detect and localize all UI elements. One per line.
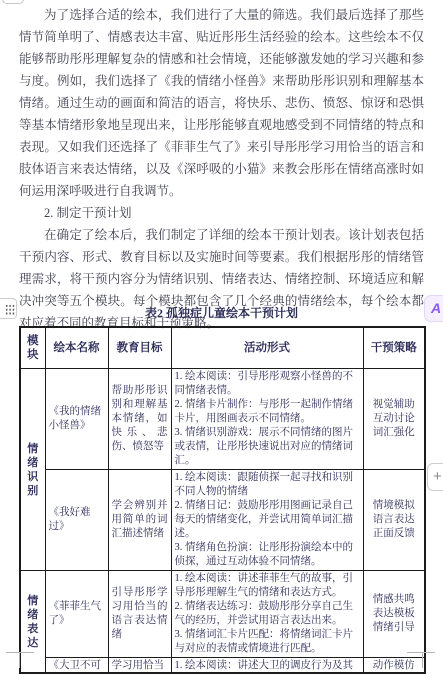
body-text: 为了选择合适的绘本，我们进行了大量的筛选。我们最后选择了那些情节简单明了、情感表… [19,4,424,334]
intervention-plan-table: 模块 绘本名称 教育目标 活动形式 干预策略 情绪识别 《我的情绪小怪兽》 帮助… [19,326,426,674]
strategy-cell: 动作模仿 [363,658,425,674]
table-row: 《我好难过》 学会辨别并用简单的词汇描述情绪 1. 绘本阅读：跟随侦探一起寻找和… [20,470,425,571]
add-button[interactable]: + [427,463,443,491]
goal-cell: 引导彤彤学习用恰当的语言表达情绪 [108,571,171,658]
strategy-cell: 视觉辅助 互动讨论 词汇强化 [363,369,425,470]
header-book-name: 绘本名称 [45,327,108,369]
book-cell: 《我的情绪小怪兽》 [45,369,108,470]
goal-cell: 帮助彤彤识别和理解基本情绪，如快乐、悲伤、愤怒等 [108,369,171,470]
activities-cell: 1. 绘本阅读：讲述菲菲生气的故事，引导彤彤理解生气的情绪和表达方式。 2. 情… [171,571,363,658]
text-boundary-mark-right-vertical [422,652,423,668]
header-activity-form: 活动形式 [171,327,363,369]
module-cell-emotion-expression: 情绪表达 [20,571,45,674]
paragraph-heading-plan: 2. 制定干预计划 [19,202,424,224]
goal-cell: 学会辨别并用简单的词汇描述情绪 [108,470,171,571]
book-cell: 《我好难过》 [45,470,108,571]
text-boundary-mark-left [6,652,34,653]
grid-icon [5,304,15,315]
activities-cell: 1. 绘本阅读：引导彤彤观察小怪兽的不同情绪表情。 2. 情绪卡片制作：与彤彤一… [171,369,363,470]
goal-cell: 学习用恰当 [108,658,171,674]
table-row: 情绪识别 《我的情绪小怪兽》 帮助彤彤识别和理解基本情绪，如快乐、悲伤、愤怒等 … [20,369,425,470]
table-caption: 表2 孤独症儿童绘本干预计划 [0,304,443,321]
activities-cell: 1. 绘本阅读：讲述大卫的调皮行为及其 [171,658,363,674]
document-page: 为了选择合适的绘本，我们进行了大量的筛选。我们最后选择了那些情节简单明了、情感表… [0,0,443,679]
text-boundary-mark-left-vertical [19,652,20,668]
strategy-cell: 情感共鸣 表达模板 情绪引导 [363,571,425,658]
ai-assistant-button[interactable]: A [424,295,443,322]
strategy-cell: 情境模拟 语言表达 正面反馈 [363,470,425,571]
paragraph-book-selection: 为了选择合适的绘本，我们进行了大量的筛选。我们最后选择了那些情节简单明了、情感表… [19,4,424,202]
text-boundary-mark-right [407,652,435,653]
book-cell: 《菲菲生气了》 [45,571,108,658]
module-cell-emotion-recognition: 情绪识别 [20,369,45,571]
toolbar-fragment[interactable] [2,0,24,4]
header-education-goal: 教育目标 [108,327,171,369]
activities-cell: 1. 绘本阅读：跟随侦探一起寻找和识别不同人物的情绪 2. 情绪日记：鼓励彤彤用… [171,470,363,571]
table-row: 情绪表达 《菲菲生气了》 引导彤彤学习用恰当的语言表达情绪 1. 绘本阅读：讲述… [20,571,425,658]
book-cell: 《大卫不可 [45,658,108,674]
table-row-clipped: 《大卫不可 学习用恰当 1. 绘本阅读：讲述大卫的调皮行为及其 动作模仿 [20,658,425,674]
header-module: 模块 [20,327,45,369]
header-strategy: 干预策略 [363,327,425,369]
table-header-row: 模块 绘本名称 教育目标 活动形式 干预策略 [20,327,425,369]
table-move-handle[interactable] [0,298,17,319]
